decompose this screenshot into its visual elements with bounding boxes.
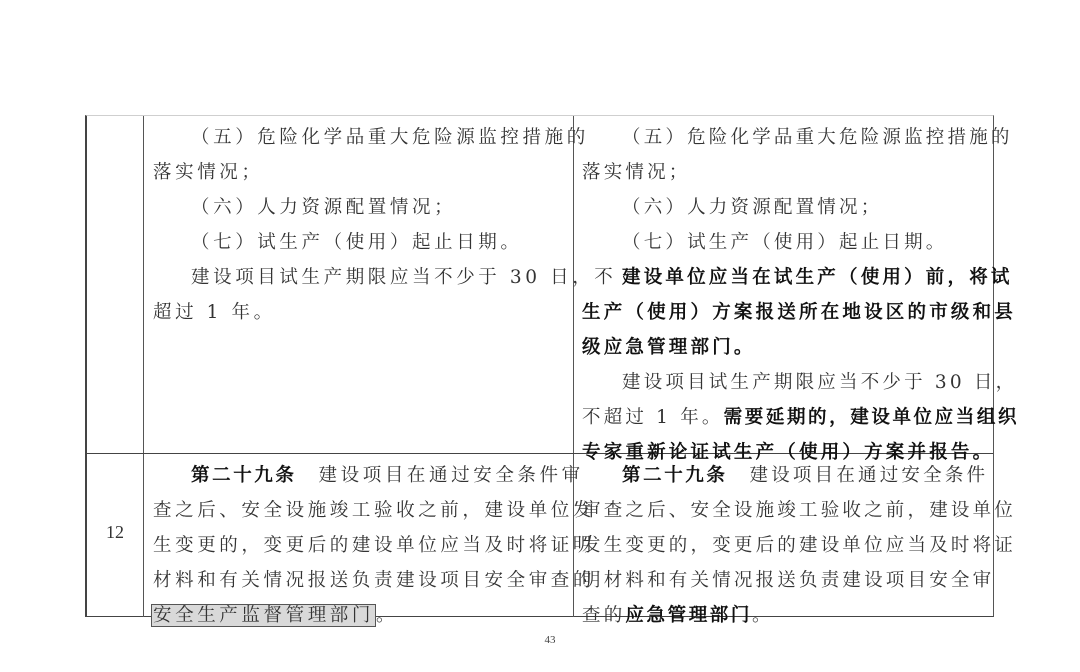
row-index-cell: 12 [87, 454, 144, 617]
comparison-table: （五）危险化学品重大危险源监控措施的 落实情况； （六）人力资源配置情况； （七… [85, 115, 994, 617]
text-span: 不超过 1 年。 [582, 407, 724, 428]
added-text-line: 生产（使用）方案报送所在地设区的市级和县 [582, 295, 988, 330]
original-text-cell: 第二十九条建设项目在通过安全条件审 查之后、安全设施竣工验收之前，建设单位发 生… [144, 454, 574, 617]
text-line: 安全生产监督管理部门。 [153, 598, 565, 633]
added-text-line: 建设单位应当在试生产（使用）前，将试 [582, 260, 988, 295]
text-line: 第二十九条建设项目在通过安全条件 [582, 458, 988, 493]
text-line: 查的应急管理部门。 [582, 598, 988, 633]
text-line: （五）危险化学品重大危险源监控措施的 [582, 120, 988, 155]
text-line: （七）试生产（使用）起止日期。 [582, 225, 988, 260]
text-line: 建设项目试生产期限应当不少于 30 日， [582, 365, 988, 400]
row-index-cell [87, 116, 144, 453]
original-text-cell: （五）危险化学品重大危险源监控措施的 落实情况； （六）人力资源配置情况； （七… [144, 116, 574, 453]
text-span: 建设项目在通过安全条件 [750, 465, 989, 486]
text-line: （六）人力资源配置情况； [582, 190, 988, 225]
added-text-line: 级应急管理部门。 [582, 330, 988, 365]
revised-text-cell: （五）危险化学品重大危险源监控措施的 落实情况； （六）人力资源配置情况； （七… [574, 116, 994, 453]
page-number: 43 [530, 634, 570, 646]
text-span: 建设项目在通过安全条件审 [319, 465, 584, 486]
highlighted-text: 安全生产监督管理部门 [151, 604, 376, 627]
text-line: 不超过 1 年。需要延期的，建设单位应当组织 [582, 400, 988, 435]
article-number: 第二十九条 [622, 465, 728, 486]
text-span: 。 [752, 605, 774, 626]
revised-text-cell: 第二十九条建设项目在通过安全条件 审查之后、安全设施竣工验收之前，建设单位 发生… [574, 454, 994, 617]
added-text-span: 应急管理部门 [625, 605, 752, 626]
text-line: 落实情况； [153, 155, 565, 190]
added-text-span: 需要延期的，建设单位应当组织 [724, 407, 1019, 428]
text-line: （五）危险化学品重大危险源监控措施的 [153, 120, 565, 155]
document-page: （五）危险化学品重大危险源监控措施的 落实情况； （六）人力资源配置情况； （七… [0, 0, 1080, 672]
text-line: （七）试生产（使用）起止日期。 [153, 225, 565, 260]
row-index: 12 [87, 522, 143, 543]
text-span: 查的 [582, 605, 625, 626]
text-span: 。 [376, 605, 398, 626]
text-line: 明材料和有关情况报送负责建设项目安全审 [582, 563, 988, 598]
text-line: 建设项目试生产期限应当不少于 30 日，不 [153, 260, 565, 295]
text-line: 材料和有关情况报送负责建设项目安全审查的 [153, 563, 565, 598]
text-line: 落实情况； [582, 155, 988, 190]
text-line: 查之后、安全设施竣工验收之前，建设单位发 [153, 493, 565, 528]
text-line: 第二十九条建设项目在通过安全条件审 [153, 458, 565, 493]
text-line: （六）人力资源配置情况； [153, 190, 565, 225]
text-line: 发生变更的，变更后的建设单位应当及时将证 [582, 528, 988, 563]
text-line: 超过 1 年。 [153, 295, 565, 330]
table-row: （五）危险化学品重大危险源监控措施的 落实情况； （六）人力资源配置情况； （七… [87, 116, 993, 454]
article-number: 第二十九条 [191, 465, 297, 486]
text-line: 审查之后、安全设施竣工验收之前，建设单位 [582, 493, 988, 528]
table-row: 12 第二十九条建设项目在通过安全条件审 查之后、安全设施竣工验收之前，建设单位… [87, 454, 993, 617]
text-line: 生变更的，变更后的建设单位应当及时将证明 [153, 528, 565, 563]
